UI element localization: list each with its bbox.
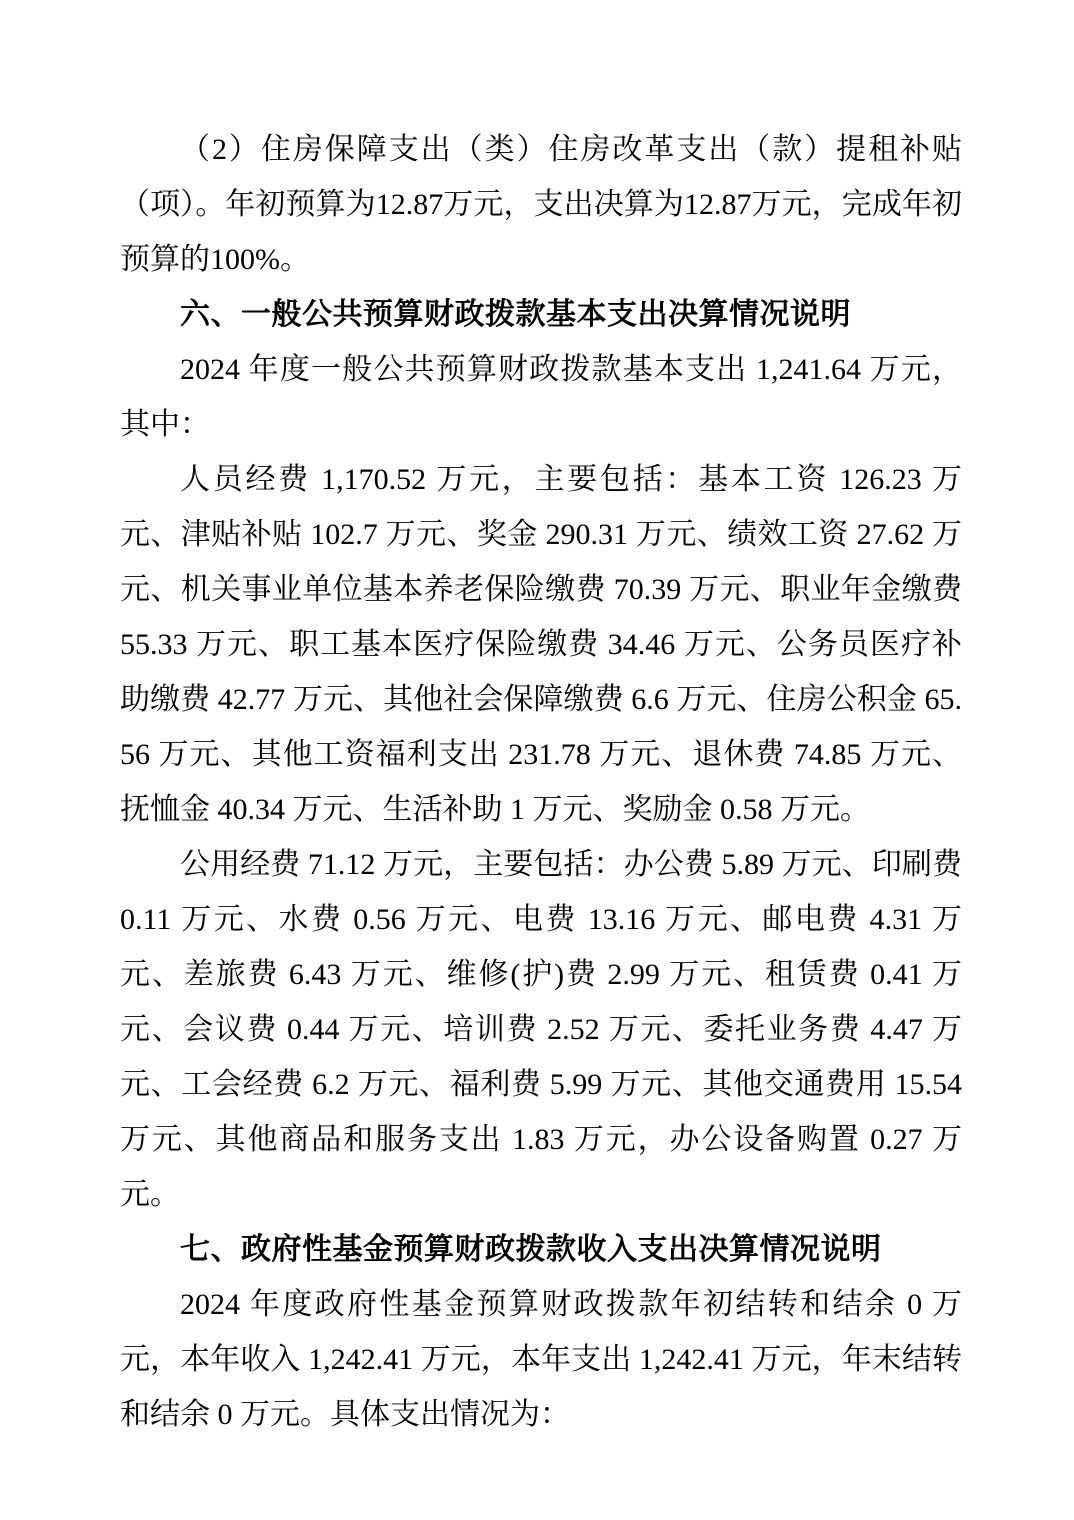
para-government-fund-summary: 2024 年度政府性基金预算财政拨款年初结转和结余 0 万元，本年收入 1,24… bbox=[120, 1277, 962, 1442]
para-basic-expenditure-total: 2024 年度一般公共预算财政拨款基本支出 1,241.64 万元，其中： bbox=[120, 342, 962, 452]
para-housing-reform-rent-subsidy: （2）住房保障支出（类）住房改革支出（款）提租补贴（项）。年初预算为12.87万… bbox=[120, 122, 962, 287]
heading-section-seven-government-fund: 七、政府性基金预算财政拨款收入支出决算情况说明 bbox=[120, 1222, 962, 1277]
heading-section-six-basic-expenditure: 六、一般公共预算财政拨款基本支出决算情况说明 bbox=[120, 287, 962, 342]
para-public-funds-detail: 公用经费 71.12 万元，主要包括：办公费 5.89 万元、印刷费 0.11 … bbox=[120, 837, 962, 1222]
document-page: （2）住房保障支出（类）住房改革支出（款）提租补贴（项）。年初预算为12.87万… bbox=[0, 0, 1074, 1520]
para-personnel-funds-detail: 人员经费 1,170.52 万元，主要包括：基本工资 126.23 万元、津贴补… bbox=[120, 452, 962, 837]
